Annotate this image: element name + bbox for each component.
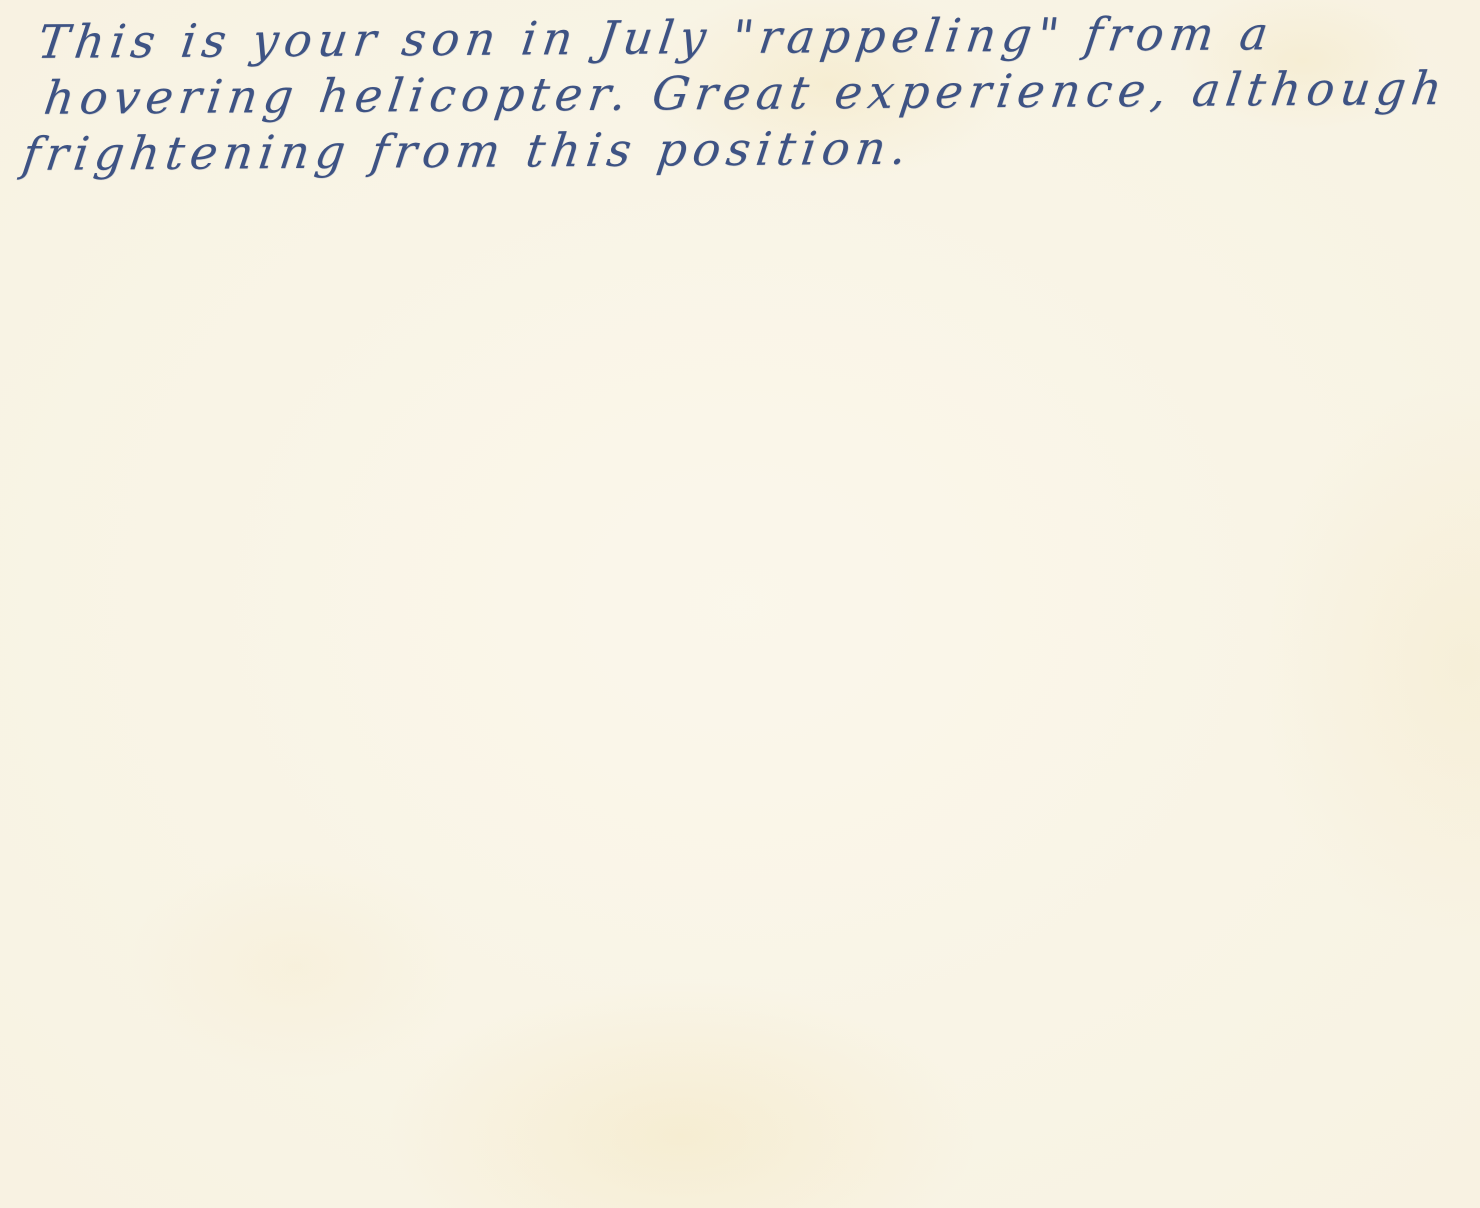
handwritten-note: This is your son in July "rappeling" fro…	[0, 0, 1460, 5]
handwritten-line-1: This is your son in July "rappeling" fro…	[35, 6, 1278, 69]
scanned-paper: This is your son in July "rappeling" fro…	[0, 0, 1480, 1208]
handwritten-line-2: hovering helicopter. Great experience, a…	[41, 61, 1451, 125]
handwritten-line-3: frightening from this position.	[19, 121, 915, 181]
